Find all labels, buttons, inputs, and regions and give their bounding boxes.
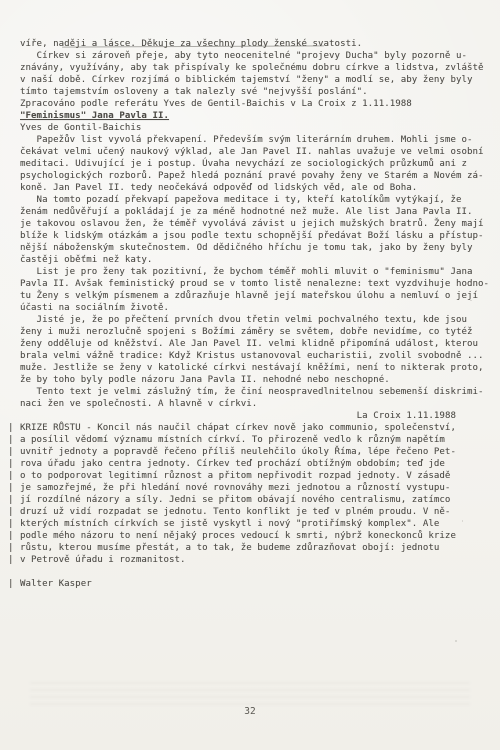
- article-attribution: La Croix 1.11.1988: [20, 410, 480, 422]
- article-paragraph-3: List je pro ženy tak pozitivní, že bycho…: [20, 266, 480, 314]
- margin-emphasis-mark-author: |: [8, 578, 20, 590]
- intro-paragraph: Církev si zároveň přeje, aby tyto neocen…: [20, 50, 480, 98]
- paper-speck: [462, 520, 463, 522]
- article-paragraph-5: Tento text je velmi záslužný tím, že čin…: [20, 386, 480, 410]
- intro-source-line: Zpracováno podle referátu Yves de Gentil…: [20, 98, 480, 110]
- quote-author-row: | Walter Kasper: [8, 578, 480, 590]
- paper-speck: [470, 300, 472, 301]
- page-bleed-through-text: [30, 682, 470, 708]
- article-paragraph-1: Papežův list vyvolá překvapení. Předevší…: [20, 134, 480, 194]
- intro-continuation-line: víře, naději a lásce. Děkuje za všechny …: [20, 38, 480, 50]
- quote-block: | | | | | | | | | | | | KRIZE RŮSTU - Ko…: [8, 422, 480, 566]
- article-paragraph-4: Jisté je, že po přečtení prvních dvou tř…: [20, 314, 480, 386]
- paper-speck: [455, 640, 457, 642]
- quote-author: Walter Kasper: [20, 578, 92, 590]
- page-number: 32: [0, 706, 500, 717]
- article-title: "Feminismus" Jana Pavla II.: [20, 110, 480, 122]
- quote-text: KRIZE RŮSTU - Koncil nás naučil chápat c…: [20, 422, 456, 566]
- article-byline: Yves de Gontil-Baichis: [20, 122, 480, 134]
- paper-speck: [452, 160, 454, 162]
- scanned-document-page: víře, naději a lásce. Děkuje za všechny …: [0, 0, 500, 750]
- margin-emphasis-marks: | | | | | | | | | | | |: [8, 422, 20, 566]
- article-paragraph-2: Na tomto pozadí překvapí papežova medita…: [20, 194, 480, 266]
